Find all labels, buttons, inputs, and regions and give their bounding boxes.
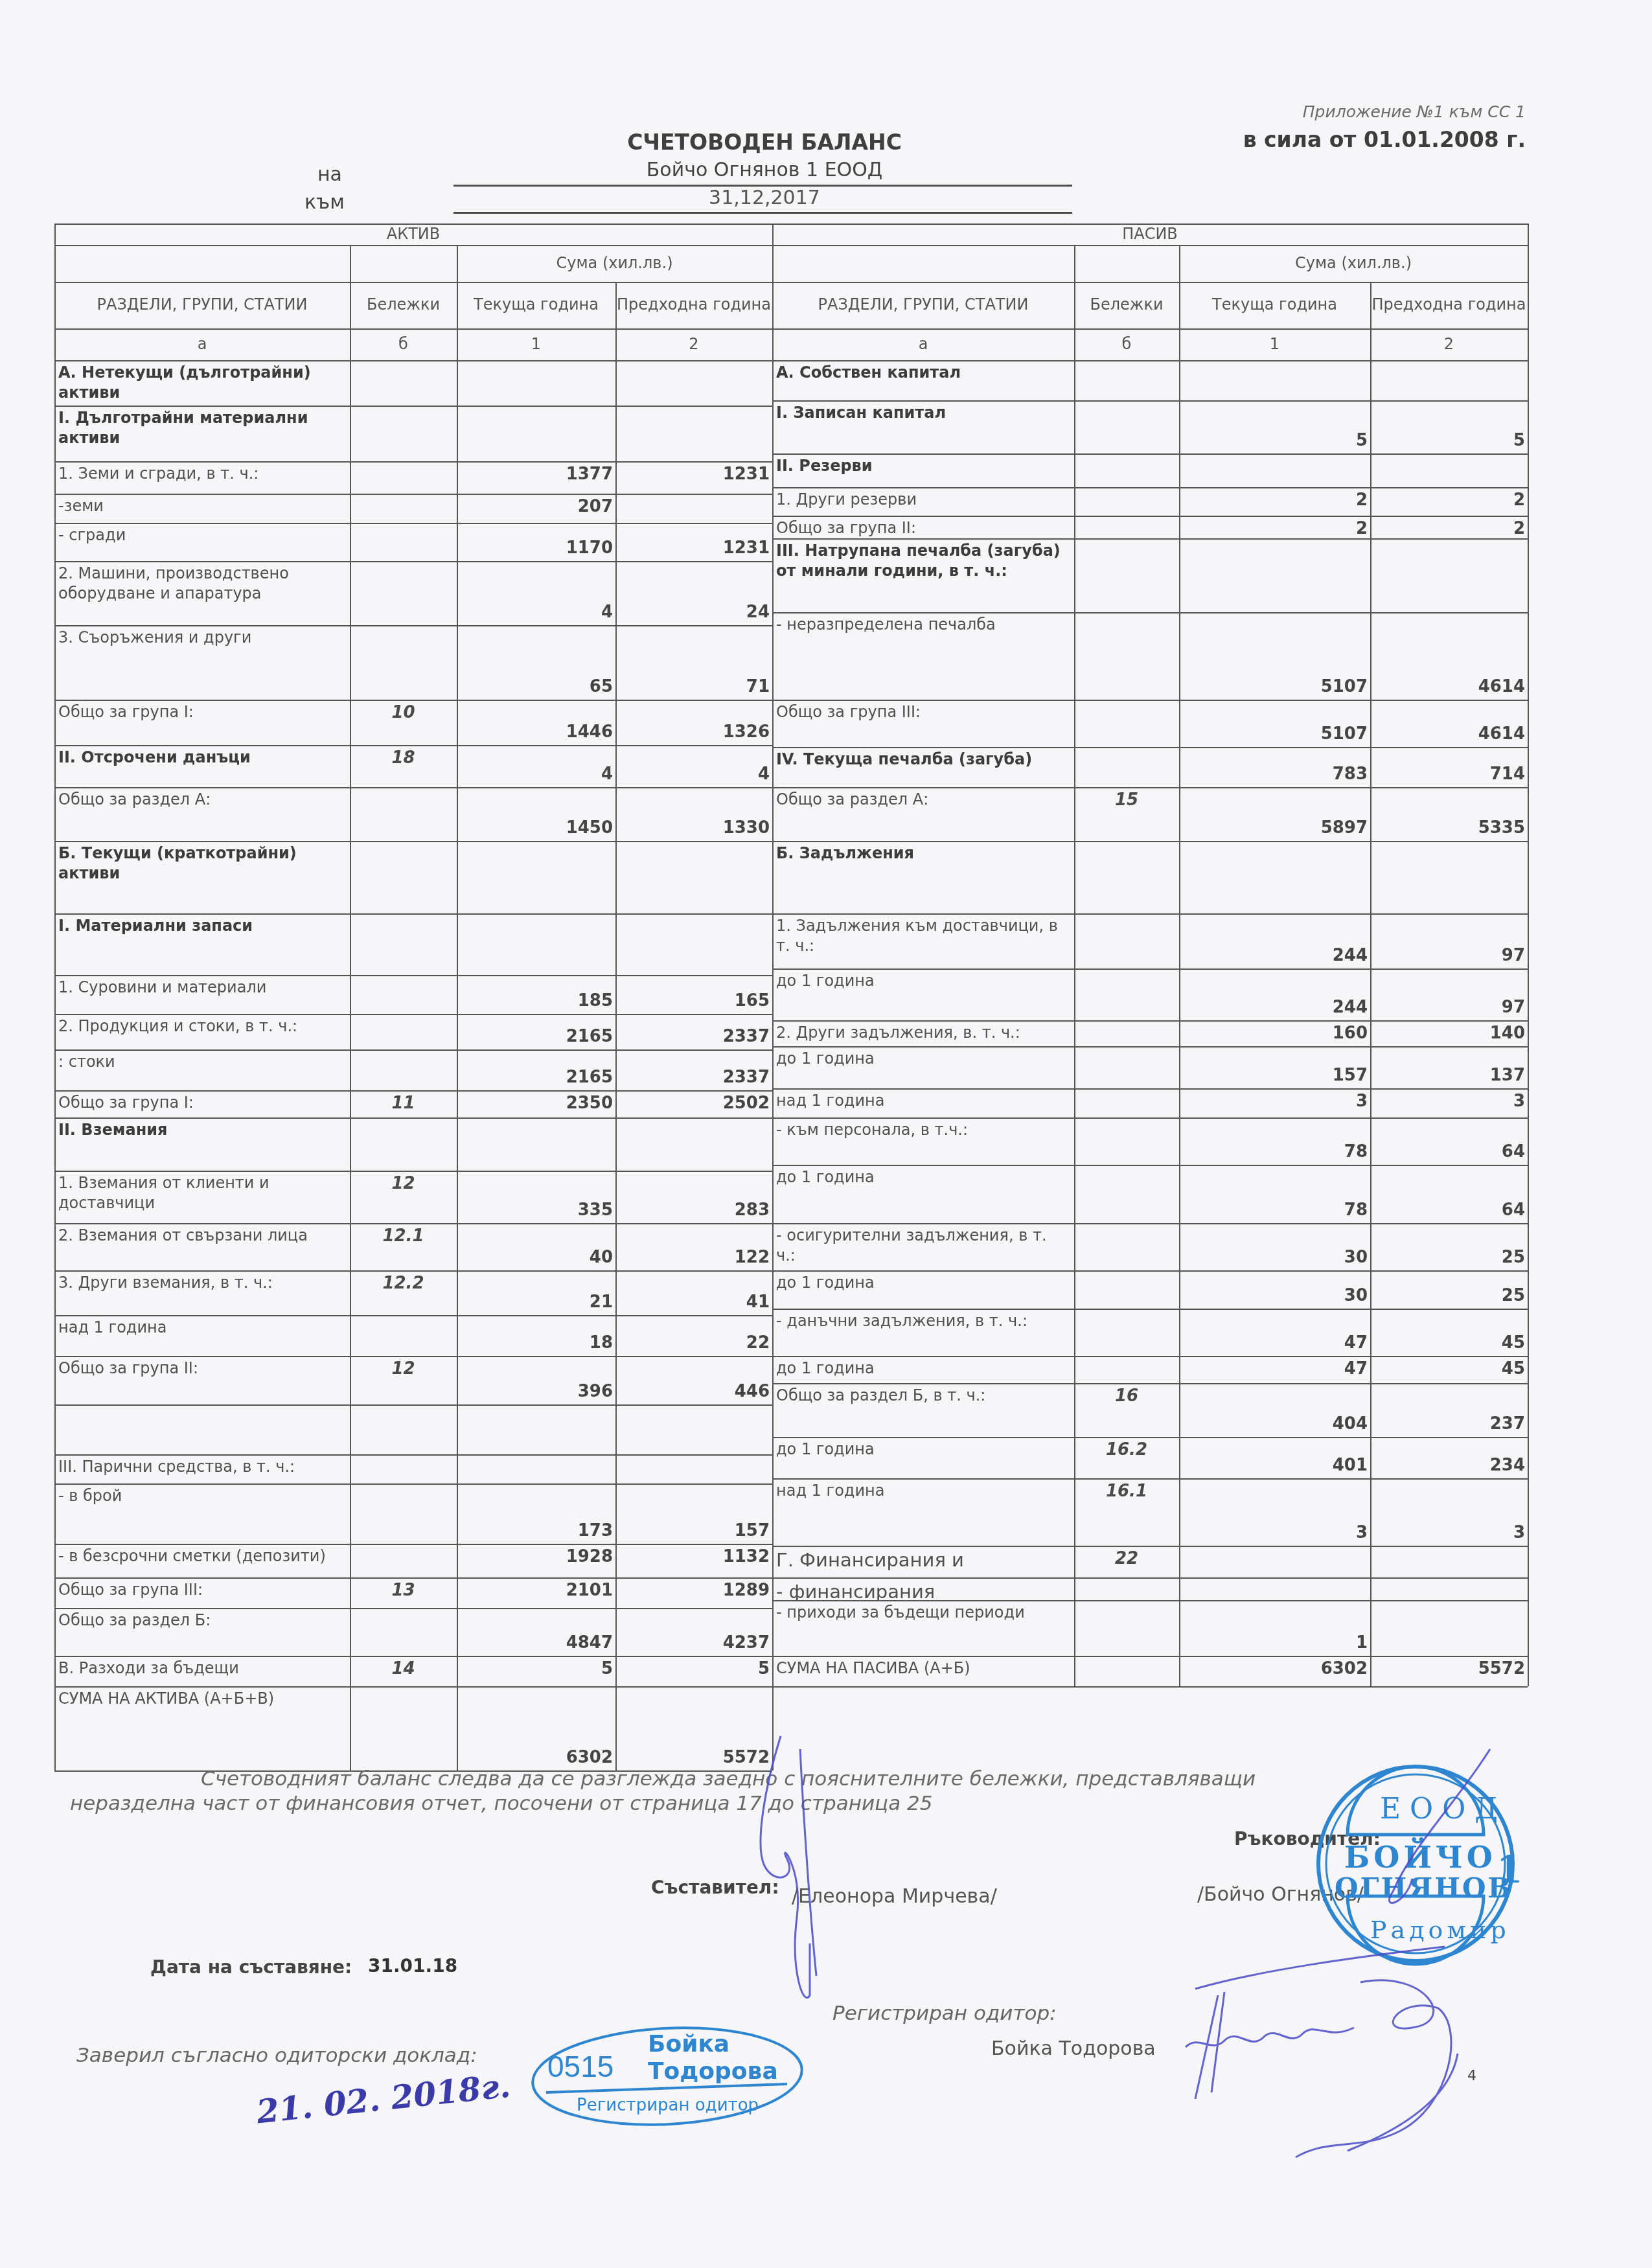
table-rule — [54, 1608, 772, 1609]
table-row-prior: 2337 — [615, 1049, 772, 1090]
table-row-current — [1179, 1546, 1370, 1577]
table-row-note — [1074, 913, 1179, 968]
table-row-note — [350, 913, 457, 975]
table-row-current: 244 — [1179, 913, 1370, 968]
table-rule — [772, 453, 1528, 455]
date-underline — [453, 212, 1072, 214]
table-rule — [54, 461, 772, 463]
page-number: 4 — [1467, 2068, 1476, 2084]
table-row-note: 12 — [350, 1171, 457, 1223]
table-row-note: 11 — [350, 1090, 457, 1117]
aktiv-idx-a: а — [54, 328, 350, 360]
table-rule — [54, 787, 772, 788]
table-row-current: 5 — [1179, 400, 1370, 453]
table-row-current: 157 — [1179, 1046, 1370, 1088]
table-row-prior: 41 — [615, 1270, 772, 1315]
table-row-prior — [1370, 1577, 1528, 1600]
table-row-label: А. Нетекущи (дълготрайни) активи — [54, 360, 350, 406]
table-row-prior: 234 — [1370, 1437, 1528, 1478]
table-row-label: - приходи за бъдещи периоди — [772, 1600, 1074, 1656]
table-row-label: - в безсрочни сметки (депозити) — [54, 1544, 350, 1577]
table-row-current: 1446 — [457, 700, 615, 745]
table-row-prior — [1370, 538, 1528, 612]
table-row-note — [350, 787, 457, 841]
table-row-current — [1179, 453, 1370, 487]
table-row-prior: 157 — [615, 1483, 772, 1544]
table-rule — [54, 1686, 772, 1688]
table-rule — [54, 223, 56, 1770]
table-row-current: 5 — [457, 1656, 615, 1686]
table-row-note — [350, 406, 457, 461]
table-row-current: 5897 — [1179, 787, 1370, 841]
table-row-label: III. Натрупана печалба (загуба) от минал… — [772, 538, 1074, 612]
table-row-note — [350, 1049, 457, 1090]
table-rule — [54, 1483, 772, 1485]
table-row-note — [1074, 487, 1179, 516]
table-rule — [54, 406, 772, 407]
table-row-label: II. Резерви — [772, 453, 1074, 487]
table-row-label: - неразпределена печалба — [772, 612, 1074, 700]
pasiv-idx-b: б — [1074, 328, 1179, 360]
table-row-note — [1074, 400, 1179, 453]
stamp-top: ЕООД — [1380, 1793, 1507, 1826]
table-row-current: 783 — [1179, 747, 1370, 787]
table-row-current — [1179, 841, 1370, 913]
appendix-note: Приложение №1 към СС 1 — [1303, 102, 1526, 121]
document-title: СЧЕТОВОДЕН БАЛАНС — [453, 130, 1075, 155]
table-row-prior: 25 — [1370, 1223, 1528, 1270]
table-row-label: - сгради — [54, 523, 350, 561]
aktiv-col-label: РАЗДЕЛИ, ГРУПИ, СТАТИИ — [54, 282, 350, 328]
table-row-note — [1074, 1356, 1179, 1383]
table-row-note — [1074, 700, 1179, 747]
table-rule — [772, 1270, 1528, 1272]
table-row-prior: 4614 — [1370, 612, 1528, 700]
table-row-note — [350, 975, 457, 1014]
table-row-label: Б. Задължения — [772, 841, 1074, 913]
table-row-current — [457, 360, 615, 406]
stamp-suffix: 1 — [1497, 1848, 1522, 1892]
table-row-current: 2350 — [457, 1090, 615, 1117]
table-row-label: до 1 година — [772, 1437, 1074, 1478]
table-row-note: 14 — [350, 1656, 457, 1686]
table-rule — [772, 516, 1528, 517]
table-row-current — [457, 1404, 615, 1454]
table-rule — [772, 1356, 1528, 1357]
table-rule — [772, 612, 1528, 613]
explanatory-note-line2: неразделна част от финансовия отчет, пос… — [70, 1792, 932, 1815]
table-row-label — [54, 1404, 350, 1454]
table-row-label: А. Собствен капитал — [772, 360, 1074, 400]
aktiv-col-current: Текуща година — [457, 282, 615, 328]
table-row-current: 185 — [457, 975, 615, 1014]
table-row-note — [350, 561, 457, 625]
table-row-current — [1179, 538, 1370, 612]
table-row-prior: 5335 — [1370, 787, 1528, 841]
table-row-current: 65 — [457, 625, 615, 700]
table-row-note — [1074, 612, 1179, 700]
table-row-label: 1. Земи и сгради, в т. ч.: — [54, 461, 350, 494]
table-row-note — [1074, 1577, 1179, 1600]
table-row-note — [350, 1404, 457, 1454]
explanatory-note-line1: Счетоводният баланс следва да се разглеж… — [201, 1767, 1256, 1791]
aktiv-idx-1: 1 — [457, 328, 615, 360]
label-kam: към — [304, 191, 345, 214]
table-row-label: до 1 година — [772, 968, 1074, 1020]
table-row-label: Б. Текущи (краткотрайни) активи — [54, 841, 350, 913]
table-row-current: 4847 — [457, 1608, 615, 1656]
table-row-label: II. Отсрочени данъци — [54, 745, 350, 787]
table-rule — [772, 538, 1528, 540]
table-row-label: Общо за раздел Б, в т. ч.: — [772, 1383, 1074, 1437]
table-row-note: 12.1 — [350, 1223, 457, 1270]
table-row-note — [350, 1014, 457, 1049]
table-row-label: 1. Вземания от клиенти и доставчици — [54, 1171, 350, 1223]
date-compiled-label: Дата на съставяне: — [150, 1956, 352, 1978]
table-row-current — [1179, 360, 1370, 400]
compiler-label: Съставител: — [651, 1877, 779, 1898]
table-row-prior: 25 — [1370, 1270, 1528, 1309]
table-row-current: 3 — [1179, 1088, 1370, 1117]
table-row-label: I. Дълготрайни материални активи — [54, 406, 350, 461]
table-row-prior — [615, 494, 772, 523]
table-rule — [772, 1686, 1528, 1688]
table-row-prior: 5572 — [615, 1686, 772, 1770]
table-rule — [54, 1404, 772, 1406]
table-row-prior: 2 — [1370, 516, 1528, 538]
table-rule — [1074, 245, 1075, 1686]
table-row-label: Общо за раздел А: — [54, 787, 350, 841]
table-rule — [54, 245, 772, 246]
table-row-current: 2101 — [457, 1577, 615, 1608]
table-rule — [772, 1223, 1528, 1224]
table-rule — [772, 747, 1528, 748]
table-rule — [772, 282, 1528, 283]
table-row-current: 21 — [457, 1270, 615, 1315]
table-row-label: -земи — [54, 494, 350, 523]
table-row-prior: 1132 — [615, 1544, 772, 1577]
table-row-prior: 2 — [1370, 487, 1528, 516]
table-row-prior — [615, 1404, 772, 1454]
table-rule — [54, 1117, 772, 1119]
table-rule — [1370, 282, 1371, 1686]
table-row-note — [350, 523, 457, 561]
table-rule — [772, 1117, 1528, 1119]
table-row-prior: 4 — [615, 745, 772, 787]
table-row-label: - данъчни задължения, в т. ч.: — [772, 1309, 1074, 1356]
table-row-note — [1074, 1270, 1179, 1309]
table-row-prior — [1370, 1600, 1528, 1656]
table-rule — [772, 1046, 1528, 1048]
table-row-label: Г. Финансирания и — [772, 1546, 1074, 1577]
stamp-bottom: Радомир — [1370, 1916, 1510, 1944]
table-row-label: до 1 година — [772, 1046, 1074, 1088]
company-stamp: ЕООД БОЙЧО ОГНЯНОВ 1 Радомир — [1309, 1757, 1522, 1971]
table-rule — [54, 1315, 772, 1316]
table-rule — [772, 487, 1528, 488]
pasiv-idx-1: 1 — [1179, 328, 1370, 360]
pasiv-col-prior: Предходна година — [1370, 282, 1528, 328]
table-row-prior — [615, 406, 772, 461]
aktiv-col-prior: Предходна година — [615, 282, 772, 328]
table-row-note — [350, 1608, 457, 1656]
aktiv-sum-header: Сума (хил.лв.) — [457, 245, 772, 282]
table-row-label: до 1 година — [772, 1356, 1074, 1383]
stamp-name-1: Бойка — [648, 2031, 729, 2057]
table-row-current: 30 — [1179, 1270, 1370, 1309]
table-row-note: 22 — [1074, 1546, 1179, 1577]
table-row-note — [1074, 1117, 1179, 1165]
table-rule — [772, 245, 1528, 246]
table-row-label: - осигурителни задължения, в т. ч.: — [772, 1223, 1074, 1270]
table-row-label: - финансирания — [772, 1577, 1074, 1600]
table-rule — [54, 523, 772, 524]
table-row-prior: 45 — [1370, 1356, 1528, 1383]
table-rule — [772, 1600, 1528, 1601]
table-rule — [772, 913, 1528, 915]
pasiv-col-current: Текуща година — [1179, 282, 1370, 328]
table-rule — [54, 700, 772, 701]
table-rule — [54, 1577, 772, 1579]
table-row-prior: 5572 — [1370, 1656, 1528, 1686]
table-row-note — [1074, 1600, 1179, 1656]
aktiv-col-notes: Бележки — [350, 282, 457, 328]
table-row-prior — [1370, 453, 1528, 487]
table-row-prior: 2337 — [615, 1014, 772, 1049]
table-row-note — [350, 1544, 457, 1577]
certified-label: Заверил съгласно одиторски доклад: — [76, 2044, 477, 2067]
table-row-label: 3. Други вземания, в т. ч.: — [54, 1270, 350, 1315]
table-row-note — [1074, 968, 1179, 1020]
table-row-prior: 64 — [1370, 1165, 1528, 1223]
stamp-caption: Регистриран одитор — [577, 2096, 759, 2115]
table-row-current: 6302 — [1179, 1656, 1370, 1686]
table-row-current: 2165 — [457, 1014, 615, 1049]
aktiv-idx-b: б — [350, 328, 457, 360]
table-row-current: 4 — [457, 745, 615, 787]
table-row-label: Общо за група I: — [54, 1090, 350, 1117]
stamp-line-2: ОГНЯНОВ — [1335, 1872, 1513, 1904]
table-rule — [54, 1270, 772, 1272]
table-row-current — [457, 1117, 615, 1171]
table-row-note — [1074, 1309, 1179, 1356]
table-rule — [772, 360, 1528, 361]
table-row-label: Общо за група III: — [54, 1577, 350, 1608]
table-row-note — [350, 1483, 457, 1544]
table-row-label: над 1 година — [772, 1088, 1074, 1117]
table-row-label: - в брой — [54, 1483, 350, 1544]
table-row-current: 47 — [1179, 1356, 1370, 1383]
handwritten-date: 21. 02. 2018г. — [255, 2067, 512, 2131]
table-row-prior: 137 — [1370, 1046, 1528, 1088]
table-rule — [54, 223, 772, 225]
table-row-note — [1074, 516, 1179, 538]
table-row-current — [457, 913, 615, 975]
table-row-label: СУМА НА АКТИВА (А+Б+В) — [54, 1686, 350, 1770]
table-row-prior: 165 — [615, 975, 772, 1014]
table-row-label: - към персонала, в т.ч.: — [772, 1117, 1074, 1165]
report-date: 31,12,2017 — [453, 187, 1075, 209]
table-row-current: 2165 — [457, 1049, 615, 1090]
table-row-prior: 1231 — [615, 523, 772, 561]
table-row-note — [350, 625, 457, 700]
table-row-current — [1179, 1577, 1370, 1600]
table-rule — [350, 245, 351, 1770]
table-rule — [54, 1049, 772, 1051]
table-row-note — [1074, 538, 1179, 612]
table-row-current: 6302 — [457, 1686, 615, 1770]
stamp-name-2: Тодорова — [648, 2058, 778, 2085]
table-row-prior: 4237 — [615, 1608, 772, 1656]
table-rule — [54, 841, 772, 842]
table-row-prior: 1289 — [615, 1577, 772, 1608]
pasiv-col-label: РАЗДЕЛИ, ГРУПИ, СТАТИИ — [772, 282, 1074, 328]
table-row-prior: 5 — [1370, 400, 1528, 453]
table-rule — [54, 1014, 772, 1015]
table-row-note: 16.2 — [1074, 1437, 1179, 1478]
table-rule — [54, 1656, 772, 1657]
table-rule — [772, 223, 1528, 225]
table-rule — [772, 1165, 1528, 1166]
table-row-prior: 1326 — [615, 700, 772, 745]
table-row-note: 13 — [350, 1577, 457, 1608]
pasiv-title: ПАСИВ — [772, 223, 1528, 245]
table-row-current: 30 — [1179, 1223, 1370, 1270]
pasiv-idx-a: а — [772, 328, 1074, 360]
table-row-current: 2 — [1179, 487, 1370, 516]
table-row-current — [457, 1454, 615, 1483]
table-row-prior: 140 — [1370, 1020, 1528, 1046]
table-row-current: 3 — [1179, 1478, 1370, 1546]
table-row-note — [1074, 1046, 1179, 1088]
auditor-name: Бойка Тодорова — [991, 2037, 1156, 2060]
table-row-current: 1377 — [457, 461, 615, 494]
table-row-prior: 714 — [1370, 747, 1528, 787]
stamp-number: 0515 — [547, 2049, 614, 2084]
table-rule — [772, 1546, 1528, 1547]
table-row-label: до 1 година — [772, 1165, 1074, 1223]
table-row-note — [1074, 453, 1179, 487]
table-row-label: 1. Суровини и материали — [54, 975, 350, 1014]
table-row-note — [350, 360, 457, 406]
table-row-current: 2 — [1179, 516, 1370, 538]
label-na: на — [317, 163, 342, 186]
table-rule — [772, 1020, 1528, 1022]
table-rule — [1528, 223, 1529, 1686]
table-row-label: до 1 година — [772, 1270, 1074, 1309]
table-row-prior: 97 — [1370, 968, 1528, 1020]
table-row-note: 10 — [350, 700, 457, 745]
table-row-current: 335 — [457, 1171, 615, 1223]
table-rule — [54, 975, 772, 976]
table-row-prior — [1370, 1546, 1528, 1577]
table-row-label: Общо за група II: — [54, 1356, 350, 1404]
table-row-prior — [615, 1117, 772, 1171]
table-rule — [772, 1383, 1528, 1384]
stamp-line-1: БОЙЧО — [1344, 1840, 1497, 1875]
table-row-prior — [615, 360, 772, 406]
table-rule — [54, 282, 772, 283]
table-row-label: Общо за група II: — [772, 516, 1074, 538]
table-rule — [54, 1544, 772, 1545]
table-row-current — [457, 406, 615, 461]
table-row-note: 16 — [1074, 1383, 1179, 1437]
table-row-prior: 22 — [615, 1315, 772, 1356]
table-row-current: 4 — [457, 561, 615, 625]
table-row-note — [1074, 841, 1179, 913]
pasiv-sum-header: Сума (хил.лв.) — [1179, 245, 1528, 282]
table-row-prior: 24 — [615, 561, 772, 625]
aktiv-idx-2: 2 — [615, 328, 772, 360]
pasiv-idx-2: 2 — [1370, 328, 1528, 360]
table-rule — [54, 1223, 772, 1224]
table-row-note: 18 — [350, 745, 457, 787]
table-row-label: Общо за раздел Б: — [54, 1608, 350, 1656]
table-row-prior: 3 — [1370, 1088, 1528, 1117]
table-row-label: Общо за раздел А: — [772, 787, 1074, 841]
table-row-prior: 5 — [615, 1656, 772, 1686]
table-row-note — [1074, 1165, 1179, 1223]
table-row-prior: 2502 — [615, 1090, 772, 1117]
compiler-name: /Елеонора Мирчева/ — [792, 1885, 997, 1908]
table-row-current: 5107 — [1179, 612, 1370, 700]
table-row-label: IV. Текуща печалба (загуба) — [772, 747, 1074, 787]
table-row-current: 47 — [1179, 1309, 1370, 1356]
table-row-label: II. Вземания — [54, 1117, 350, 1171]
table-row-note — [350, 1117, 457, 1171]
table-row-note — [1074, 1088, 1179, 1117]
table-row-prior — [615, 841, 772, 913]
table-row-current: 173 — [457, 1483, 615, 1544]
table-row-current: 207 — [457, 494, 615, 523]
table-row-current: 18 — [457, 1315, 615, 1356]
table-row-note — [350, 1315, 457, 1356]
table-rule — [772, 223, 774, 1686]
table-row-prior: 446 — [615, 1356, 772, 1404]
table-rule — [54, 1090, 772, 1092]
table-row-prior: 283 — [615, 1171, 772, 1223]
table-row-current: 396 — [457, 1356, 615, 1404]
table-row-current: 78 — [1179, 1117, 1370, 1165]
table-row-prior: 3 — [1370, 1478, 1528, 1546]
table-row-label: 2. Продукция и стоки, в т. ч.: — [54, 1014, 350, 1049]
table-row-current: 1170 — [457, 523, 615, 561]
table-row-prior — [1370, 841, 1528, 913]
table-row-prior — [1370, 360, 1528, 400]
table-row-note — [350, 1454, 457, 1483]
table-rule — [772, 1478, 1528, 1480]
table-row-current: 78 — [1179, 1165, 1370, 1223]
table-row-prior: 1231 — [615, 461, 772, 494]
table-rule — [772, 1656, 1528, 1657]
table-row-prior: 97 — [1370, 913, 1528, 968]
table-row-label: над 1 година — [54, 1315, 350, 1356]
table-row-current: 160 — [1179, 1020, 1370, 1046]
table-row-label: 2. Вземания от свързани лица — [54, 1223, 350, 1270]
table-rule — [772, 328, 1528, 330]
table-row-label: Общо за група III: — [772, 700, 1074, 747]
table-row-current: 1450 — [457, 787, 615, 841]
table-row-note — [350, 494, 457, 523]
table-rule — [772, 1437, 1528, 1438]
aktiv-title: АКТИВ — [54, 223, 772, 245]
table-rule — [1179, 245, 1180, 1686]
table-row-prior: 4614 — [1370, 700, 1528, 747]
table-row-note — [1074, 1656, 1179, 1686]
table-rule — [772, 968, 1528, 970]
table-rule — [54, 1171, 772, 1172]
auditor-label: Регистриран одитор: — [832, 2002, 1057, 2025]
